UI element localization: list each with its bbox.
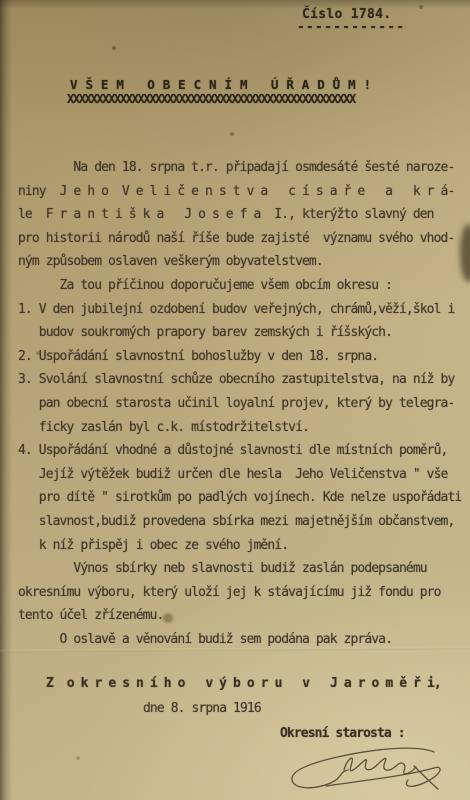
closing-issuer: Z o k r e s n í h o v ý b o r u v J a r … [46, 676, 441, 691]
document-line: 4. Uspořádání vhodné a důstojné slavnost… [18, 439, 461, 463]
document-line: Na den 18. srpna t.r. připadají osmdesát… [18, 156, 461, 180]
document-line: ficky zaslán byl c.k. místodržitelství. [18, 416, 461, 440]
document-number-underline: ------------ [297, 20, 405, 35]
scanned-document-page: Číslo 1784. ------------ V Š E M O B E C… [0, 0, 470, 800]
document-line: ným způsobem oslaven veškerým obyvatelst… [18, 250, 461, 274]
document-line: Jejíž výtěžek budiž určen dle hesla Jeho… [18, 463, 461, 487]
document-line: O oslavě a věnování budiž sem podána pak… [18, 628, 461, 652]
paper-top-shadow [0, 0, 470, 9]
handwritten-signature [286, 741, 442, 793]
document-line: niny J e h o V e l i č e n s t v a c í s… [18, 180, 461, 204]
closing-date: dne 8. srpna 1916 [143, 701, 261, 716]
document-line: tento účel zřízenému. [18, 604, 461, 628]
document-line: Výnos sbírky neb slavnosti budiž zaslán … [18, 557, 461, 581]
document-line: pro dítě " sirotkům po padlých vojínech.… [18, 486, 461, 510]
document-line: 2. Uspořádání slavnostní bohoslužby v de… [18, 345, 461, 369]
document-heading: V Š E M O B E C N Í M Ú Ř A D Ů M ! [70, 77, 371, 92]
document-line: pan obecní starosta učinil loyalní proje… [18, 392, 461, 416]
document-line: 3. Svolání slavnostní schůze obecního za… [18, 368, 461, 392]
document-line: slavnost,budiž provedena sbírka mezi maj… [18, 510, 461, 534]
document-line: pro historii národů naší říše bude zajis… [18, 227, 461, 251]
document-body: Na den 18. srpna t.r. připadají osmdesát… [18, 156, 461, 651]
paper-left-shadow [0, 0, 12, 800]
signature-flourish-icon [286, 741, 442, 793]
document-line: le F r a n t i š k a J o s e f a I., kte… [18, 203, 461, 227]
document-line: okresnímu výboru, který uloží jej k stáv… [18, 581, 461, 605]
ink-smudge [460, 224, 470, 282]
document-line: k níž přispěj i obec ze svého jmění. [18, 534, 461, 558]
document-line: 1. V den jubilejní ozdobení budov veřejn… [18, 298, 461, 322]
document-heading-underline: XXXXXXXXXXXXXXXXXXXXXXXXXXXXXXXXXXXXXXXX… [67, 92, 355, 106]
document-line: budov soukromých prapory barev zemských … [18, 321, 461, 345]
document-line: Za tou příčinou doporučujeme všem obcím … [18, 274, 461, 298]
signer-title: Okresní starosta : [280, 726, 405, 741]
paper-specks [0, 0, 2, 2]
